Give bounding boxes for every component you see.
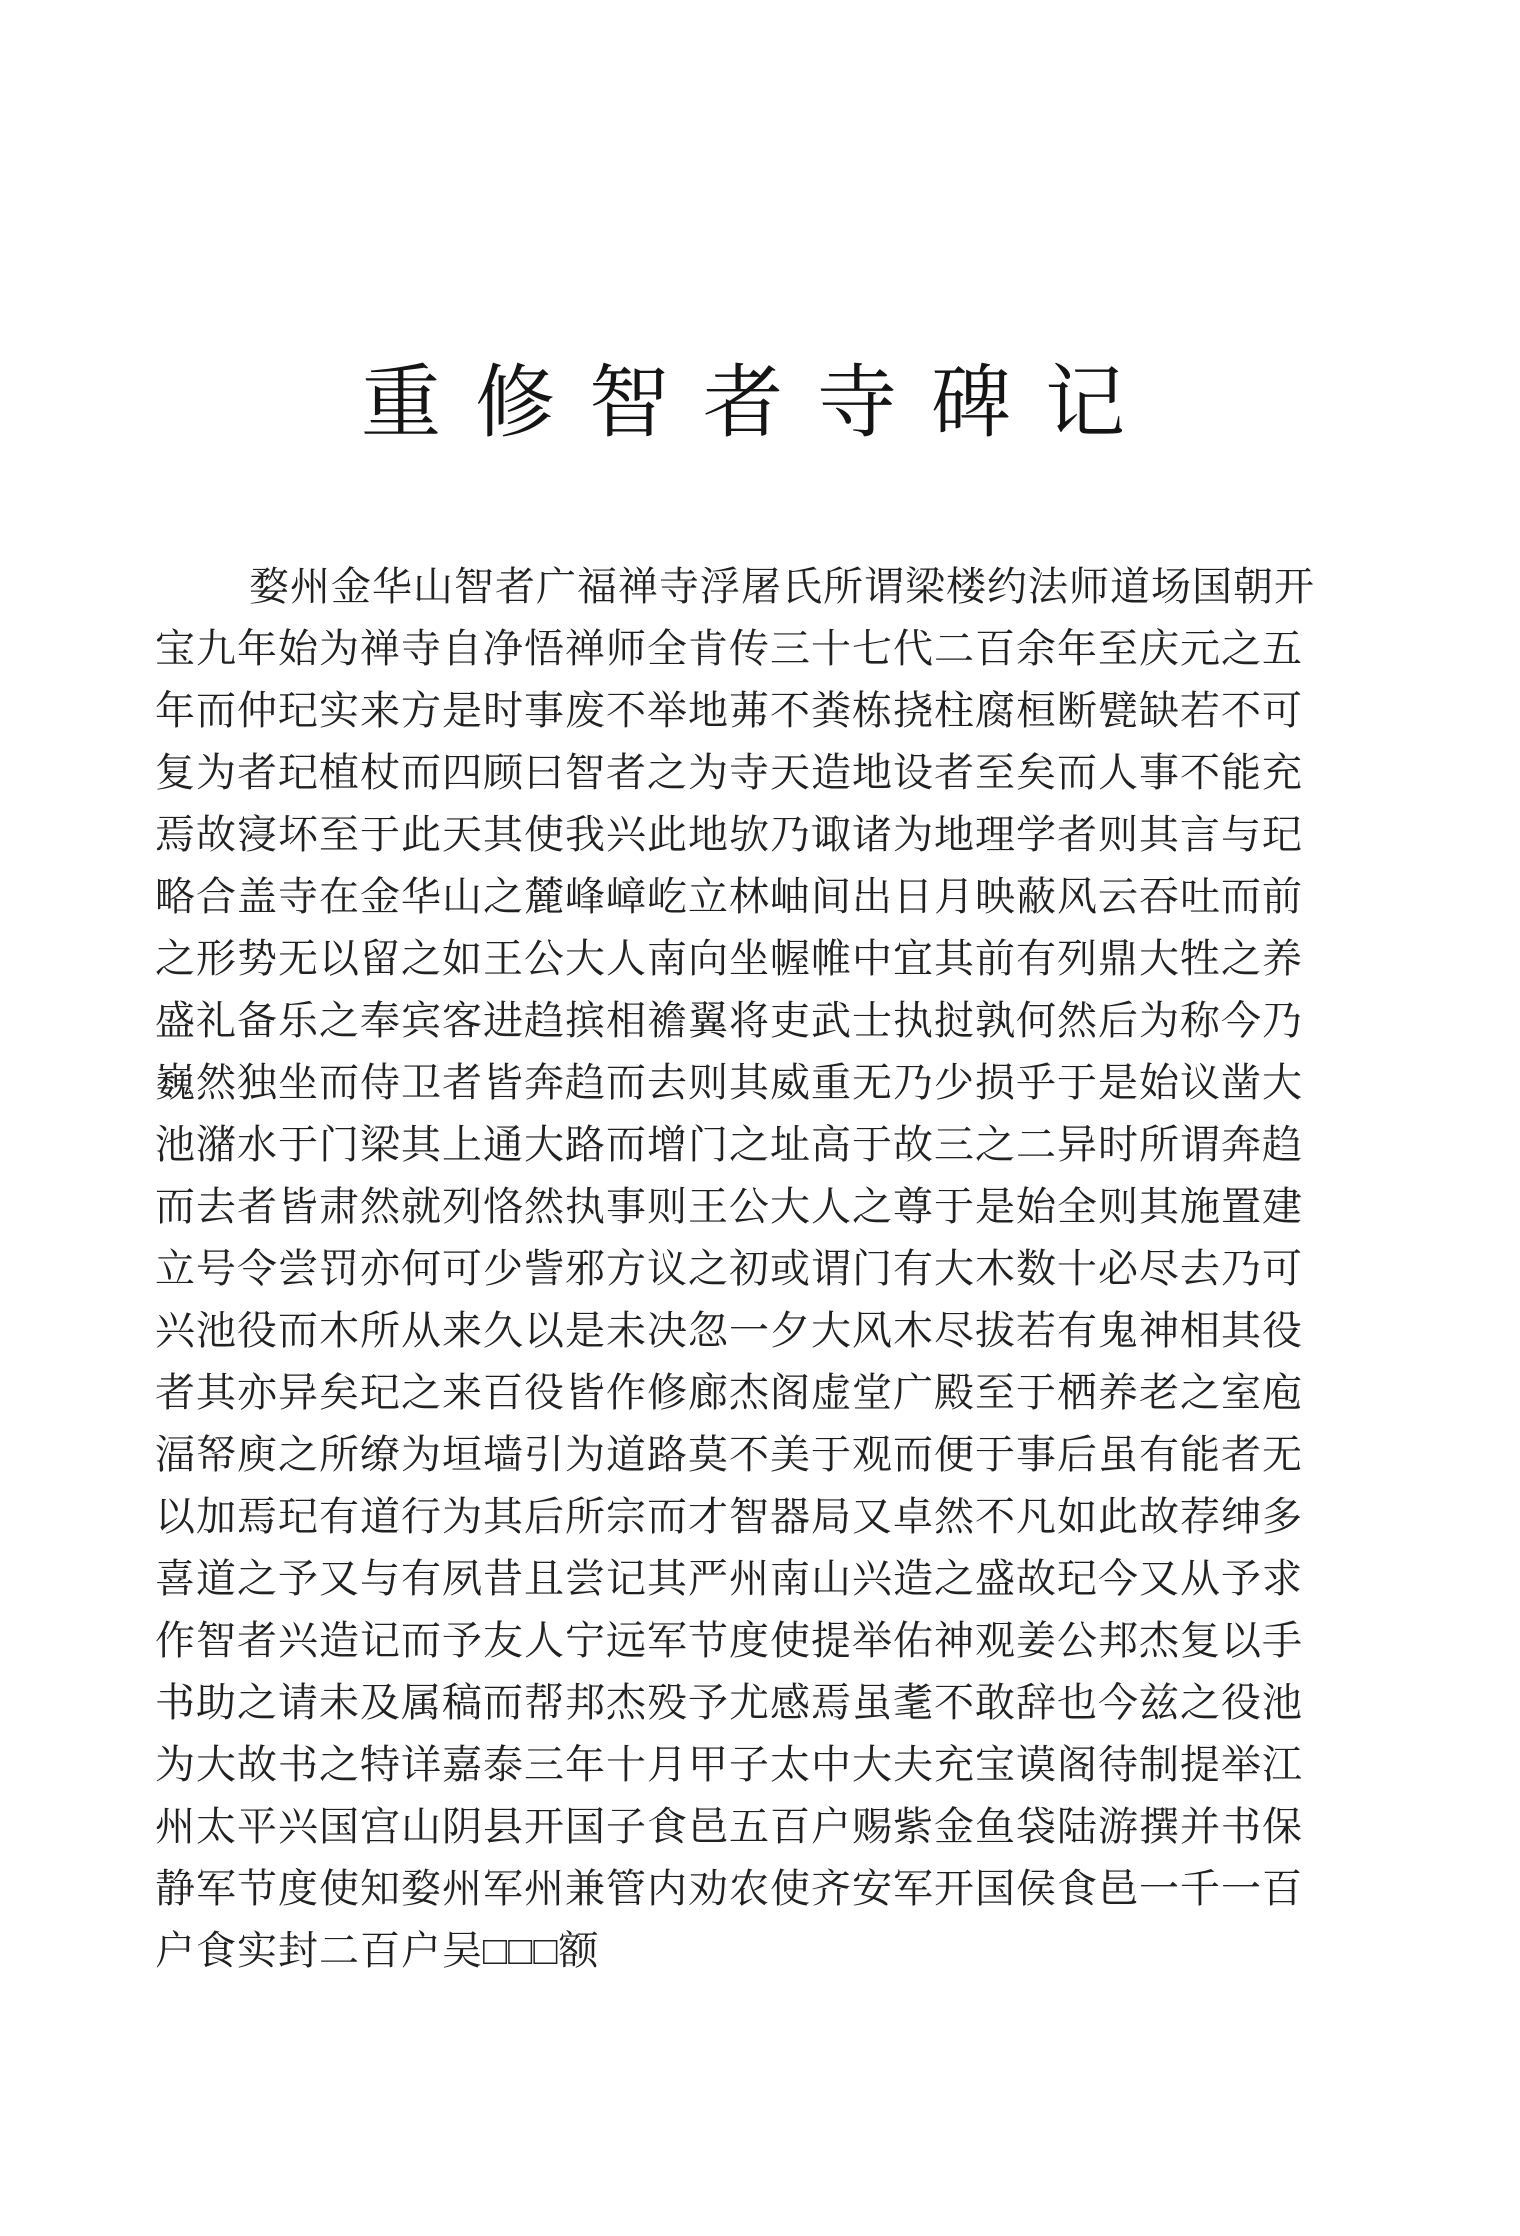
text-line: 婺州金华山智者广福禅寺浮屠氏所谓梁楼约法师道场国朝开 bbox=[155, 556, 1310, 618]
text-line: 兴池役而木所从来久以是未决忽一夕大风木尽拔若有鬼神相其役 bbox=[155, 1300, 1310, 1362]
document-title: 重修智者寺碑记 bbox=[0, 338, 1520, 453]
text-line: 盛礼备乐之奉宾客进趋摈相襜翼将吏武士执挝孰何然后为称今乃 bbox=[155, 990, 1310, 1052]
text-line: 复为者玘植杖而四顾曰智者之为寺天造地设者至矣而人事不能充 bbox=[155, 742, 1310, 804]
text-line: 湢帑庾之所缭为垣墙引为道路莫不美于观而便于事后虽有能者无 bbox=[155, 1424, 1310, 1486]
text-line: 宝九年始为禅寺自净悟禅师全肯传三十七代二百余年至庆元之五 bbox=[155, 618, 1310, 680]
text-line: 州太平兴国宫山阴县开国子食邑五百户赐紫金鱼袋陆游撰并书保 bbox=[155, 1796, 1310, 1858]
text-line: 年而仲玘实来方是时事废不举地茀不粪栋挠柱腐桓断甓缺若不可 bbox=[155, 680, 1310, 742]
text-line: 者其亦异矣玘之来百役皆作修廊杰阁虚堂广殿至于栖养老之室庖 bbox=[155, 1362, 1310, 1424]
text-line: 略合盖寺在金华山之麓峰嶂屹立林岫间出日月映蔽风云吞吐而前 bbox=[155, 866, 1310, 928]
text-line: 书助之请未及属稿而帮邦杰殁予尤感焉虽耄不敢辞也今兹之役池 bbox=[155, 1672, 1310, 1734]
text-line: 静军节度使知婺州军州兼管内劝农使齐安军开国侯食邑一千一百 bbox=[155, 1858, 1310, 1920]
text-line: 以加焉玘有道行为其后所宗而才智器局又卓然不凡如此故荐绅多 bbox=[155, 1486, 1310, 1548]
text-line: 立号令尝罚亦何可少訾邪方议之初或谓门有大木数十必尽去乃可 bbox=[155, 1238, 1310, 1300]
text-line: 巍然独坐而侍卫者皆奔趋而去则其威重无乃少损乎于是始议凿大 bbox=[155, 1052, 1310, 1114]
text-line: 而去者皆肃然就列恪然执事则王公大人之尊于是始全则其施置建 bbox=[155, 1176, 1310, 1238]
text-line: 为大故书之特详嘉泰三年十月甲子太中大夫充宝谟阁待制提举江 bbox=[155, 1734, 1310, 1796]
text-line: 池潴水于门梁其上通大路而增门之址高于故三之二异时所谓奔趋 bbox=[155, 1114, 1310, 1176]
scanned-document-page: 重修智者寺碑记 婺州金华山智者广福禅寺浮屠氏所谓梁楼约法师道场国朝开 宝九年始为… bbox=[0, 0, 1520, 2236]
text-line: 户食实封二百户吴□□□额 bbox=[155, 1920, 1310, 1982]
text-line: 喜道之予又与有夙昔且尝记其严州南山兴造之盛故玘今又从予求 bbox=[155, 1548, 1310, 1610]
text-line: 作智者兴造记而予友人宁远军节度使提举佑神观姜公邦杰复以手 bbox=[155, 1610, 1310, 1672]
text-line: 之形势无以留之如王公大人南向坐幄帷中宜其前有列鼎大牲之养 bbox=[155, 928, 1310, 990]
text-line: 焉故寖坏至于此天其使我兴此地欤乃诹诸为地理学者则其言与玘 bbox=[155, 804, 1310, 866]
document-body: 婺州金华山智者广福禅寺浮屠氏所谓梁楼约法师道场国朝开 宝九年始为禅寺自净悟禅师全… bbox=[155, 556, 1310, 1982]
